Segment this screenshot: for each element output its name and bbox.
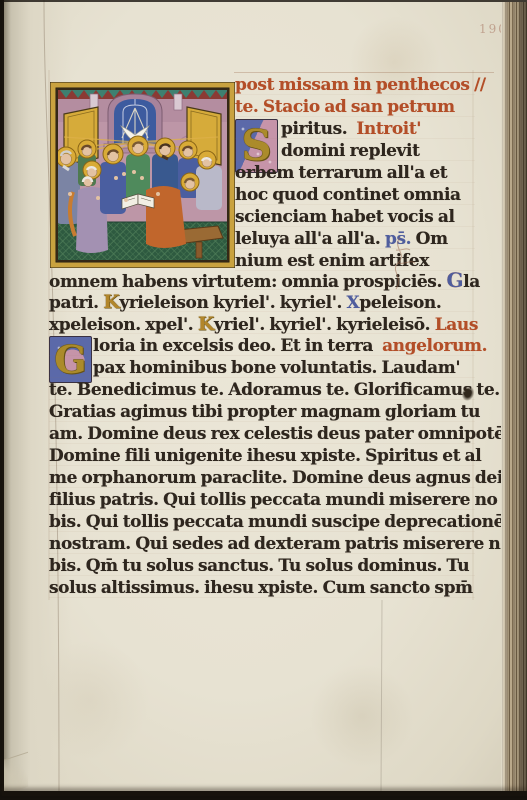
text-run: Gratias agimus tibi propter magnam glori… [49,402,480,422]
text-run: filius patris. Qui tollis peccata mundi … [49,490,497,510]
text-run: Laus [435,315,478,335]
text-line: piritus. Introit' [235,118,475,140]
manuscript-photo: 190 [0,0,527,800]
text-line: hoc quod continet omnia [235,184,475,206]
text-run: loria in excelsis deo. Et in terra [93,336,382,356]
text-line: filius patris. Qui tollis peccata mundi … [49,489,475,511]
introit-column: post missam in penthecos //te. Stacio ad… [235,74,475,272]
text-line: pax hominibus bone voluntatis. Laudam' [49,357,475,379]
text-run: yrieleison kyriel'. kyriel'. [119,293,346,313]
manuscript-page: 190 [2,0,527,796]
text-line: post missam in penthecos // [235,74,475,96]
text-run: te. Benedicimus te. Adoramus te. Glorifi… [49,380,500,400]
turret-right [174,94,182,110]
text-run: am. Domine deus rex celestis deus pater … [49,424,519,444]
text-line: te. Stacio ad san petrum [235,96,475,118]
text-run: xpeleison. xpel'. [49,315,198,335]
text-line: domini replevit [235,140,475,162]
text-run: post missam in penthecos // [235,75,486,95]
text-run: me orphanorum paraclite. Domine deus agn… [49,468,503,488]
text-run: omnem habens virtutem: omnia prospiciēs… [49,272,447,292]
text-line: bis. Qm̄ tu solus sanctus. Tu solus domi… [49,555,475,577]
photo-edge-bottom [2,791,527,796]
text-run: K [198,313,214,335]
text-line: leluya all'a all'a. ps̄. Om [235,228,475,250]
text-run: X [347,293,360,313]
text-run: patri. [49,293,103,313]
text-run: bis. Qm̄ tu solus sanctus. Tu solus domi… [49,556,469,576]
text-line: xpeleison. xpel'. Kyriel'. kyriel'. kyri… [49,313,475,335]
text-run: Domine fili unigenite ihesu xpiste. Spir… [49,446,481,466]
photo-edge-left [2,0,4,796]
text-line: me orphanorum paraclite. Domine deus agn… [49,467,475,489]
text-run: nostram. Qui sedes ad dexteram patris mi… [49,534,511,554]
text-line: Gratias agimus tibi propter magnam glori… [49,401,475,423]
margin-penwork-flourish [388,236,420,294]
text-run: yriel'. kyriel'. kyrieleisō. [214,315,435,335]
gloria-text-block: omnem habens virtutem: omnia prospiciēs… [49,269,475,599]
text-line: scienciam habet vocis al [235,206,475,228]
text-run: Introit' [356,119,421,139]
text-run: te. Stacio ad san petrum [235,97,455,117]
text-line: solus altissimus. ihesu xpiste. Cum sanc… [49,577,475,599]
photo-edge-top [2,0,527,2]
text-run: domini replevit [281,141,420,161]
text-run: pax hominibus bone voluntatis. Laudam' [93,358,460,378]
text-run: angelorum. [382,336,487,356]
text-run: scienciam habet vocis al [235,207,455,227]
text-line: orbem terrarum all'a et [235,162,475,184]
text-line: nostram. Qui sedes ad dexteram patris mi… [49,533,475,555]
text-line: bis. Qui tollis peccata mundi suscipe de… [49,511,475,533]
text-run: K [103,291,119,313]
text-run: G [447,268,464,292]
text-run: la [463,272,480,292]
text-line: patri. Kyrieleison kyriel'. kyriel'. Xpe… [49,291,475,313]
book-fore-edge [501,2,527,793]
text-run: bis. Qui tollis peccata mundi suscipe de… [49,512,504,532]
text-line: loria in excelsis deo. Et in terra angel… [49,335,475,357]
pentecost-miniature [50,82,235,268]
text-line: te. Benedicimus te. Adoramus te. Glorifi… [49,379,475,401]
text-run: leluya all'a all'a. [235,229,385,249]
text-run: peleison. [359,293,441,313]
text-run: solus altissimus. ihesu xpiste. Cum sanc… [49,578,473,598]
text-run: piritus. [281,119,356,139]
text-run: hoc quod continet omnia [235,185,461,205]
text-line: Domine fili unigenite ihesu xpiste. Spir… [49,445,475,467]
text-line: am. Domine deus rex celestis deus pater … [49,423,475,445]
text-run: orbem terrarum all'a et [235,163,447,183]
